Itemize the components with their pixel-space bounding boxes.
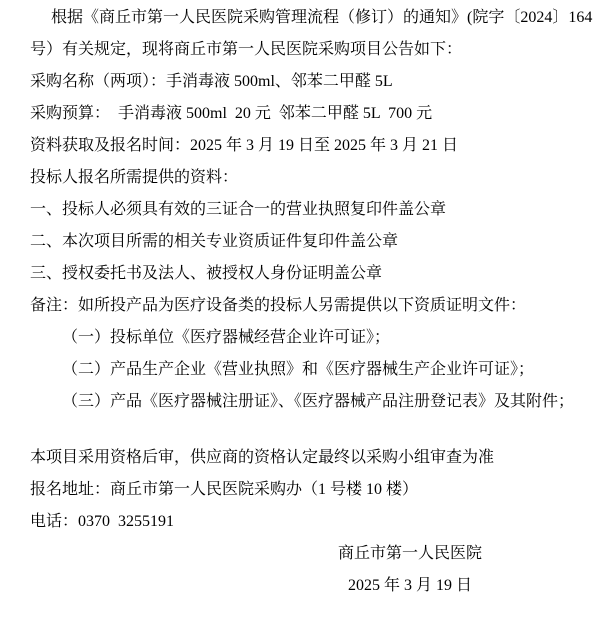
- note-heading: 备注：如所投产品为医疗设备类的投标人另需提供以下资质证明文件：: [30, 290, 602, 322]
- procurement-announcement-document: 根据《商丘市第一人民医院采购管理流程（修订）的通知》(院字〔2024〕164 号…: [0, 0, 612, 621]
- note-item-3: （三）产品《医疗器械注册证》、《医疗器械产品注册登记表》及其附件；: [30, 386, 602, 418]
- signature-organization: 商丘市第一人民医院: [30, 538, 602, 570]
- materials-item-2: 二、本次项目所需的相关专业资质证件复印件盖公章: [30, 226, 602, 258]
- qualification-review-line: 本项目采用资格后审，供应商的资格认定最终以采购小组审查为准: [30, 442, 602, 474]
- procurement-name-line: 采购名称（两项）：手消毒液 500ml、邻苯二甲醛 5L: [30, 66, 602, 98]
- signature-date: 2025 年 3 月 19 日: [30, 570, 602, 602]
- registration-time-line: 资料获取及报名时间：2025 年 3 月 19 日至 2025 年 3 月 21…: [30, 130, 602, 162]
- phone-line: 电话：0370 3255191: [30, 506, 602, 538]
- materials-heading: 投标人报名所需提供的资料：: [30, 162, 602, 194]
- procurement-budget-line: 采购预算： 手消毒液 500ml 20 元 邻苯二甲醛 5L 700 元: [30, 98, 602, 130]
- blank-line: [30, 418, 602, 442]
- note-item-2: （二）产品生产企业《营业执照》和《医疗器械生产企业许可证》；: [30, 354, 602, 386]
- intro-line-1: 根据《商丘市第一人民医院采购管理流程（修订）的通知》(院字〔2024〕164: [30, 2, 602, 34]
- registration-address-line: 报名地址：商丘市第一人民医院采购办（1 号楼 10 楼）: [30, 474, 602, 506]
- materials-item-1: 一、投标人必须具有效的三证合一的营业执照复印件盖公章: [30, 194, 602, 226]
- note-item-1: （一）投标单位《医疗器械经营企业许可证》；: [30, 322, 602, 354]
- intro-line-2: 号）有关规定，现将商丘市第一人民医院采购项目公告如下：: [30, 34, 602, 66]
- materials-item-3: 三、授权委托书及法人、被授权人身份证明盖公章: [30, 258, 602, 290]
